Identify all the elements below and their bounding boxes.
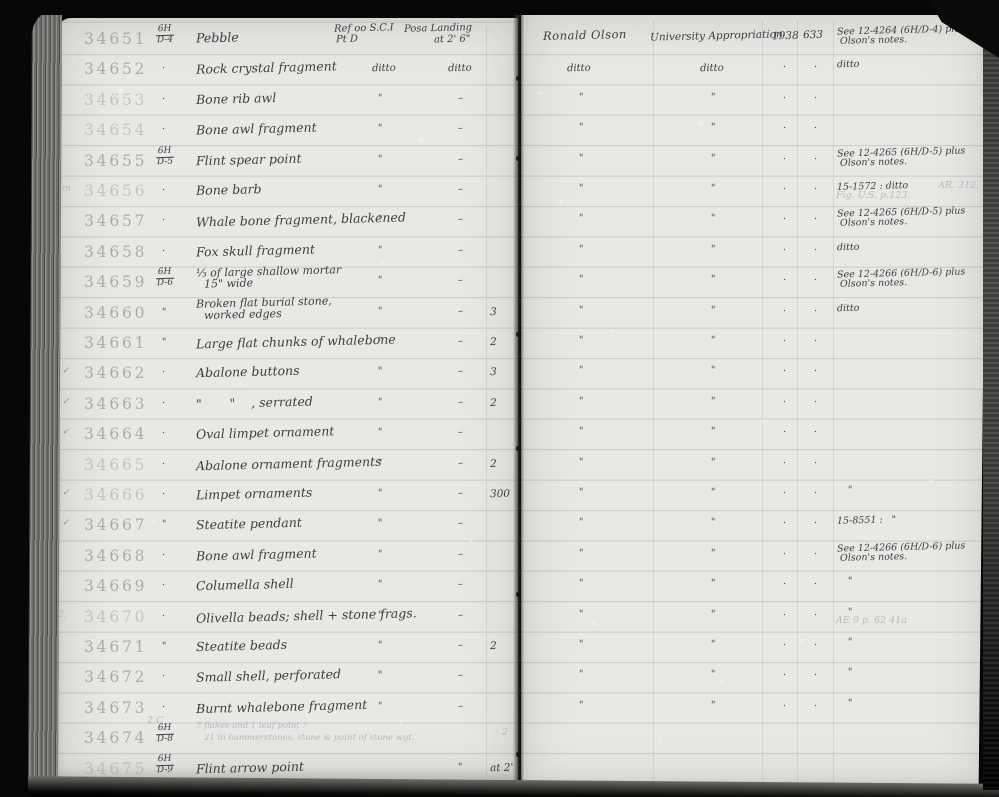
catalog-number: 34660 xyxy=(84,304,147,322)
catalog-number: 34670 xyxy=(84,608,147,626)
catalog-number: 34662 xyxy=(84,364,147,382)
year-ditto-mark: · xyxy=(783,123,786,134)
reference-ditto-mark: " xyxy=(378,579,383,590)
account-ditto-mark: · xyxy=(814,549,817,560)
object-description: Bone awl fragment xyxy=(196,545,317,563)
fund-ditto-mark: " xyxy=(711,548,716,559)
check-mark: ✓ xyxy=(62,488,70,498)
ledger-row: ✓34667"Steatite pendant"–""··15-8551 : " xyxy=(0,512,999,543)
site-ditto-mark: · xyxy=(162,185,165,196)
site-designation-bottom: D-8 xyxy=(156,734,174,744)
check-mark: m xyxy=(62,184,71,194)
catalog-number: 34654 xyxy=(84,121,147,139)
reference-ditto-mark: " xyxy=(378,701,383,712)
locality-mark: – xyxy=(458,336,463,347)
pencil-note: Fig. U.S. p.123. xyxy=(836,191,910,201)
object-description: Olivella beads; shell + stone frags. xyxy=(196,605,417,625)
ledger-row: 34654·Bone awl fragment"–""·· xyxy=(0,117,999,148)
ledger-row: 346516HD-4PebbleRef oo S.C.IPt DPosa Lan… xyxy=(0,26,999,57)
site-ditto-mark: " xyxy=(162,307,167,318)
collector-ditto-mark: " xyxy=(579,122,584,133)
catalog-number: 34652 xyxy=(84,60,147,78)
locality-mark: – xyxy=(458,275,463,286)
year-ditto-mark: · xyxy=(783,275,786,286)
object-description: Small shell, perforated xyxy=(196,667,341,686)
pencil-note: 2 xyxy=(502,728,508,738)
ledger-row: 34665·Abalone ornament fragments"–2""·· xyxy=(0,452,999,483)
ledger-row: 34661"Large flat chunks of whalebone"–2"… xyxy=(0,330,999,361)
catalog-number: 34664 xyxy=(84,425,147,443)
locality-mark: – xyxy=(458,93,463,104)
account-ditto-mark: · xyxy=(814,366,817,377)
site-ditto-mark: " xyxy=(162,641,167,652)
account-ditto-mark: · xyxy=(814,123,817,134)
site-designation-bottom: D-6 xyxy=(156,278,174,288)
reference-ditto-mark: " xyxy=(378,214,383,225)
quantity: at 2' xyxy=(490,761,514,774)
check-mark: ✓ xyxy=(62,427,70,437)
reference-ditto-mark: " xyxy=(378,306,383,317)
object-description: Flint spear point xyxy=(196,150,302,168)
year-ditto-mark: · xyxy=(783,214,786,225)
year-ditto-mark: · xyxy=(783,184,786,195)
object-description: Rock crystal fragment xyxy=(196,59,337,77)
collector-ditto-mark: " xyxy=(579,274,584,285)
object-description: Bone barb xyxy=(196,181,262,198)
quantity: 300 xyxy=(490,488,510,500)
object-description: Limpet ornaments xyxy=(196,485,313,503)
fund-ditto-mark: " xyxy=(711,457,716,468)
object-description: Burnt whalebone fragment xyxy=(196,697,368,716)
catalog-number: 34658 xyxy=(84,243,147,261)
locality-mark: – xyxy=(458,245,463,256)
quantity: 3 xyxy=(490,306,497,318)
ledger-row: m34656·Bone barb"–""··15-1572 : dittoAR.… xyxy=(0,178,999,209)
year-ditto-mark: · xyxy=(783,610,786,621)
collector-ditto-mark: " xyxy=(579,487,584,498)
object-description: Bone rib awl xyxy=(196,90,277,107)
collector-ditto-mark: " xyxy=(579,639,584,650)
quantity: 2 xyxy=(490,458,497,470)
object-description: Pebble xyxy=(196,29,239,45)
collector-name: Ronald Olson xyxy=(543,27,627,43)
object-description: " " , serrated xyxy=(196,393,313,411)
locality-mark: – xyxy=(458,640,463,651)
fund-ditto-mark: " xyxy=(711,578,716,589)
reference-ditto-mark: " xyxy=(378,245,383,256)
ledger-row: 34658·Fox skull fragment"–""··ditto xyxy=(0,239,999,270)
remarks: ditto xyxy=(837,243,860,254)
remarks: ditto xyxy=(837,60,860,71)
site-designation-bottom: D-5 xyxy=(156,157,174,167)
book-cover-edge xyxy=(983,12,999,790)
fund-ditto-mark: " xyxy=(711,92,716,103)
year-ditto-mark: · xyxy=(783,306,786,317)
collector-ditto-mark: " xyxy=(579,396,584,407)
fund-ditto-mark: " xyxy=(711,487,716,498)
year-ditto-mark: · xyxy=(783,427,786,438)
account-ditto-mark: · xyxy=(814,275,817,286)
site-ditto-mark: · xyxy=(162,550,165,561)
catalog-number: 34661 xyxy=(84,334,147,352)
catalog-number: 34656 xyxy=(84,182,147,200)
ledger-row: ✓34664·Oval limpet ornament"–""·· xyxy=(0,421,999,452)
object-description: 7 flakes and 1 leaf point ? xyxy=(196,722,307,731)
year-ditto-mark: · xyxy=(783,518,786,529)
collector-ditto-mark: " xyxy=(579,213,584,224)
fund-ditto-mark: " xyxy=(711,305,716,316)
account-ditto-mark: · xyxy=(814,397,817,408)
locality-mark: – xyxy=(458,154,463,165)
catalog-number: 34667 xyxy=(84,516,147,534)
fund-ditto-mark: " xyxy=(711,244,716,255)
account-ditto-mark: · xyxy=(814,214,817,225)
fund-ditto-mark: " xyxy=(711,213,716,224)
fund-ditto-mark: " xyxy=(711,153,716,164)
remarks: Olson's notes. xyxy=(840,35,907,47)
account-ditto-mark: · xyxy=(814,610,817,621)
reference-ditto-mark: " xyxy=(378,336,383,347)
fund-ditto-mark: " xyxy=(711,426,716,437)
catalog-number: 34669 xyxy=(84,577,147,595)
catalog-number: 34655 xyxy=(84,152,147,170)
collector-ditto-mark: " xyxy=(579,335,584,346)
locality-mark: – xyxy=(458,214,463,225)
collector-ditto-mark: " xyxy=(579,457,584,468)
site-ditto-mark: · xyxy=(162,367,165,378)
account-ditto-mark: · xyxy=(814,306,817,317)
locality-mark: – xyxy=(458,458,463,469)
ledger-row: 34669·Columella shell"–""··" xyxy=(0,573,999,604)
object-description: Bone awl fragment xyxy=(196,120,317,138)
account-ditto-mark: · xyxy=(814,62,817,73)
fund-ditto-mark: " xyxy=(711,700,716,711)
ledger-row: 346596HD-6⅓ of large shallow mortar15" w… xyxy=(0,269,999,300)
collector-ditto: ditto xyxy=(567,63,591,75)
reference-ditto-mark: " xyxy=(378,184,383,195)
reference-ditto-mark: " xyxy=(378,275,383,286)
fund-source: University Appropriation xyxy=(650,28,783,43)
remarks-ditto-mark: " xyxy=(848,485,853,496)
year-ditto-mark: · xyxy=(783,458,786,469)
catalog-number: 34675 xyxy=(84,760,147,778)
quantity: 2 xyxy=(490,336,497,348)
year-ditto-mark: · xyxy=(783,154,786,165)
collector-ditto-mark: " xyxy=(579,700,584,711)
collector-ditto-mark: " xyxy=(579,578,584,589)
ledger-row: 34672·Small shell, perforated"–""··" xyxy=(0,664,999,695)
object-description: Steatite pendant xyxy=(196,515,302,533)
collector-ditto-mark: " xyxy=(579,183,584,194)
ledger-row: 34657·Whale bone fragment, blackened"–""… xyxy=(0,208,999,239)
object-description: Fox skull fragment xyxy=(196,241,315,259)
account-ditto-mark: · xyxy=(814,427,817,438)
reference-ditto-mark: " xyxy=(378,93,383,104)
remarks: Olson's notes. xyxy=(840,552,907,564)
object-description: Large flat chunks of whalebone xyxy=(196,332,396,352)
catalog-number: 34653 xyxy=(84,91,147,109)
site-designation-bottom: D-9 xyxy=(156,765,174,775)
catalog-number: 34672 xyxy=(84,668,147,686)
year-ditto-mark: · xyxy=(783,397,786,408)
year-ditto-mark: · xyxy=(783,640,786,651)
site-ditto-mark: " xyxy=(162,519,167,530)
reference-ditto-mark: " xyxy=(378,518,383,529)
fund-ditto-mark: " xyxy=(711,396,716,407)
locality-mark: – xyxy=(458,366,463,377)
year-ditto-mark: · xyxy=(783,93,786,104)
catalog-number: 34666 xyxy=(84,486,147,504)
site-ditto-mark: · xyxy=(162,124,165,135)
remarks: 15-8551 : " xyxy=(837,516,896,527)
collector-ditto-mark: " xyxy=(579,548,584,559)
fund-ditto-mark: " xyxy=(711,274,716,285)
site-designation: 6HD-4 xyxy=(156,25,174,46)
ledger-row: 346556HD-5Flint spear point"–""··See 12-… xyxy=(0,148,999,179)
catalog-number: 34657 xyxy=(84,212,147,230)
site-ditto-mark: · xyxy=(162,428,165,439)
site-ditto-mark: · xyxy=(162,671,165,682)
collector-ditto-mark: " xyxy=(579,305,584,316)
object-description: worked edges xyxy=(204,308,282,321)
ledger-row: 22.34670·Olivella beads; shell + stone f… xyxy=(0,604,999,635)
background-top xyxy=(0,0,999,15)
reference-ditto-mark: " xyxy=(378,610,383,621)
reference-note: Ref oo S.C.I xyxy=(334,22,394,34)
reference-ditto-mark: " xyxy=(378,488,383,499)
catalog-number: 34651 xyxy=(84,30,147,48)
remarks-ditto-mark: " xyxy=(848,637,853,648)
ledger-photo: 346516HD-4PebbleRef oo S.C.IPt DPosa Lan… xyxy=(0,0,999,797)
object-description: Abalone buttons xyxy=(196,363,300,381)
remarks-ditto-mark: " xyxy=(848,698,853,709)
site-ditto-mark: · xyxy=(162,459,165,470)
quantity: 3 xyxy=(490,366,497,378)
catalog-number: 34673 xyxy=(84,699,147,717)
reference-ditto-mark: " xyxy=(378,397,383,408)
site-ditto-mark: · xyxy=(162,702,165,713)
catalog-number: 34671 xyxy=(84,638,147,656)
object-description: Abalone ornament fragments xyxy=(196,453,382,473)
collector-ditto-mark: " xyxy=(579,517,584,528)
reference-note: Pt D xyxy=(336,34,358,46)
locality-mark: – xyxy=(458,427,463,438)
fund-ditto-mark: " xyxy=(711,335,716,346)
account-ditto-mark: · xyxy=(814,245,817,256)
account-ditto-mark: · xyxy=(814,518,817,529)
locality-mark: – xyxy=(458,579,463,590)
locality-mark: – xyxy=(458,488,463,499)
reference-ditto-mark: " xyxy=(378,640,383,651)
site-designation: 6HD-5 xyxy=(156,146,174,167)
check-mark: ✓ xyxy=(62,397,70,407)
fund-ditto-mark: " xyxy=(711,365,716,376)
remarks: ditto xyxy=(837,303,860,314)
locality-mark: – xyxy=(458,397,463,408)
page-edges xyxy=(28,9,62,785)
check-mark: ✓ xyxy=(62,366,70,376)
reference-ditto-mark: " xyxy=(378,427,383,438)
catalog-number: 34665 xyxy=(84,456,147,474)
year-ditto-mark: · xyxy=(783,579,786,590)
site-designation: 6HD-8 xyxy=(156,724,174,745)
object-description: Columella shell xyxy=(196,576,294,593)
locality-mark: – xyxy=(458,518,463,529)
object-description: Steatite beads xyxy=(196,637,287,654)
pencil-note: AR. 312. xyxy=(938,181,979,191)
collector-ditto-mark: " xyxy=(579,92,584,103)
ledger-row: 2.C346746HD-87 flakes and 1 leaf point ?… xyxy=(0,725,999,756)
reference-ditto-mark: " xyxy=(378,549,383,560)
locality-mark: – xyxy=(458,184,463,195)
fund-ditto-mark: " xyxy=(711,517,716,528)
collector-ditto-mark: " xyxy=(579,609,584,620)
site-ditto-mark: " xyxy=(162,337,167,348)
ledger-row: ✓34663·" " , serrated"–2""·· xyxy=(0,391,999,422)
site-designation: 6HD-9 xyxy=(156,754,174,775)
account-ditto-mark: · xyxy=(814,93,817,104)
year-ditto-mark: · xyxy=(783,245,786,256)
catalog-number: 34663 xyxy=(84,395,147,413)
year: 1938 xyxy=(772,30,799,43)
site-ditto-mark: · xyxy=(162,215,165,226)
locality-mark: – xyxy=(458,701,463,712)
reference-ditto-mark: " xyxy=(378,670,383,681)
site-ditto-mark: · xyxy=(162,94,165,105)
account-ditto-mark: · xyxy=(814,154,817,165)
ledger-rows: 346516HD-4PebbleRef oo S.C.IPt DPosa Lan… xyxy=(0,0,999,797)
remarks-ditto-mark: " xyxy=(848,667,853,678)
fund-ditto-mark: " xyxy=(711,639,716,650)
reference-ditto-mark: " xyxy=(378,123,383,134)
fund-ditto: ditto xyxy=(700,63,724,75)
year-ditto-mark: · xyxy=(783,701,786,712)
account-ditto-mark: · xyxy=(814,336,817,347)
site-designation-bottom: D-4 xyxy=(156,35,174,45)
pencil-note: AE 9 p. 62 41a xyxy=(836,616,907,626)
collector-ditto-mark: " xyxy=(579,426,584,437)
locality-mark: – xyxy=(458,123,463,134)
site-designation-top: 6H xyxy=(156,754,174,765)
fund-ditto-mark: " xyxy=(711,669,716,680)
account-ditto-mark: · xyxy=(814,184,817,195)
object-description: 15" wide xyxy=(204,278,253,290)
remarks: Olson's notes. xyxy=(840,157,907,169)
object-description: Oval limpet ornament xyxy=(196,424,335,442)
catalog-number: 34668 xyxy=(84,547,147,565)
account-ditto-mark: · xyxy=(814,701,817,712)
reference-ditto: ditto xyxy=(372,63,396,75)
remarks-ditto-mark: " xyxy=(848,576,853,587)
year-ditto-mark: · xyxy=(783,366,786,377)
site-ditto-mark: · xyxy=(162,63,165,74)
quantity: 2 xyxy=(490,640,497,652)
locality-note: at 2' 6" xyxy=(434,34,471,46)
year-ditto-mark: · xyxy=(783,62,786,73)
locality-mark: " xyxy=(458,762,463,773)
site-ditto-mark: · xyxy=(162,611,165,622)
locality-ditto: ditto xyxy=(448,63,472,75)
reference-ditto-mark: " xyxy=(378,366,383,377)
site-ditto-mark: · xyxy=(162,580,165,591)
ledger-row: 34671"Steatite beads"–2""··" xyxy=(0,634,999,665)
fund-ditto-mark: " xyxy=(711,609,716,620)
ledger-row: 34653·Bone rib awl"–""·· xyxy=(0,87,999,118)
locality-mark: – xyxy=(458,670,463,681)
reference-ditto-mark: " xyxy=(378,154,383,165)
ledger-row: 34668·Bone awl fragment"–""··See 12-4266… xyxy=(0,543,999,574)
site-designation: 6HD-6 xyxy=(156,268,174,289)
year-ditto-mark: · xyxy=(783,336,786,347)
object-description: 21 in hammerstones, stone & point of sto… xyxy=(204,734,414,743)
ledger-row: 34660"Broken flat burial stone,worked ed… xyxy=(0,300,999,331)
locality-mark: – xyxy=(458,549,463,560)
remarks: Olson's notes. xyxy=(840,218,907,230)
account-ditto-mark: · xyxy=(814,458,817,469)
fund-ditto-mark: " xyxy=(711,122,716,133)
reference-ditto-mark: " xyxy=(378,458,383,469)
object-description: Whale bone fragment, blackened xyxy=(196,210,406,230)
quantity: 2 xyxy=(490,397,497,409)
collector-ditto-mark: " xyxy=(579,244,584,255)
ledger-row: ✓34666·Limpet ornaments"–300""··" xyxy=(0,482,999,513)
account-ditto-mark: · xyxy=(814,579,817,590)
year-ditto-mark: · xyxy=(783,488,786,499)
fund-ditto-mark: " xyxy=(711,183,716,194)
account-ditto-mark: · xyxy=(814,640,817,651)
ledger-row: ✓34662·Abalone buttons"–3""·· xyxy=(0,360,999,391)
site-ditto-mark: · xyxy=(162,246,165,257)
account-ditto-mark: · xyxy=(814,670,817,681)
remarks: Olson's notes. xyxy=(840,278,907,290)
object-description: Flint arrow point xyxy=(196,758,304,776)
account-number: 633 xyxy=(803,29,823,41)
collector-ditto-mark: " xyxy=(579,365,584,376)
locality-mark: – xyxy=(458,306,463,317)
year-ditto-mark: · xyxy=(783,549,786,560)
collector-ditto-mark: " xyxy=(579,153,584,164)
site-ditto-mark: · xyxy=(162,489,165,500)
catalog-number: 34659 xyxy=(84,273,147,291)
year-ditto-mark: · xyxy=(783,670,786,681)
account-ditto-mark: · xyxy=(814,488,817,499)
locality-mark: – xyxy=(458,610,463,621)
site-ditto-mark: · xyxy=(162,398,165,409)
check-mark: ✓ xyxy=(62,518,70,528)
ledger-row: 34652·Rock crystal fragmentdittodittodit… xyxy=(0,56,999,87)
collector-ditto-mark: " xyxy=(579,669,584,680)
catalog-number: 34674 xyxy=(84,729,147,747)
site-designation-top: 6H xyxy=(156,146,174,157)
